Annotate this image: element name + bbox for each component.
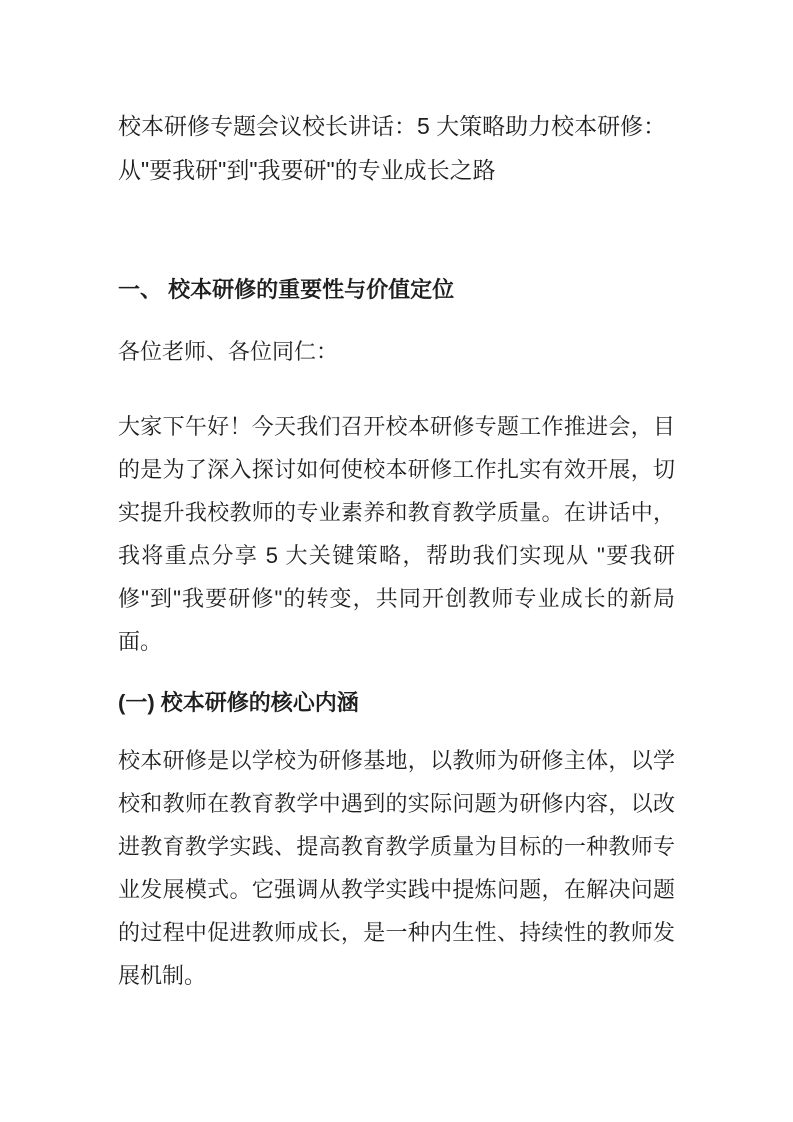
section-importance-heading: 一、 校本研修的重要性与价值定位 [118,268,675,312]
section-importance: 一、 校本研修的重要性与价值定位 各位老师、各位同仁： 大家下午好！今天我们召开… [118,268,675,663]
document-title: 校本研修专题会议校长讲话：5 大策略助力校本研修：从"要我研"到"我要研"的专业… [118,104,675,192]
section-importance-body-paragraph: 大家下午好！今天我们召开校本研修专题工作推进会，目的是为了深入探讨如何使校本研修… [118,405,675,663]
section-core-connotation-body-paragraph: 校本研修是以学校为研修基地，以教师为研修主体，以学校和教师在教育教学中遇到的实际… [118,739,675,997]
section-core-connotation-heading: (一) 校本研修的核心内涵 [118,681,675,725]
document-page: 校本研修专题会议校长讲话：5 大策略助力校本研修：从"要我研"到"我要研"的专业… [0,0,793,1122]
section-core-connotation: (一) 校本研修的核心内涵 校本研修是以学校为研修基地，以教师为研修主体，以学校… [118,681,675,997]
salutation-paragraph: 各位老师、各位同仁： [118,330,675,373]
